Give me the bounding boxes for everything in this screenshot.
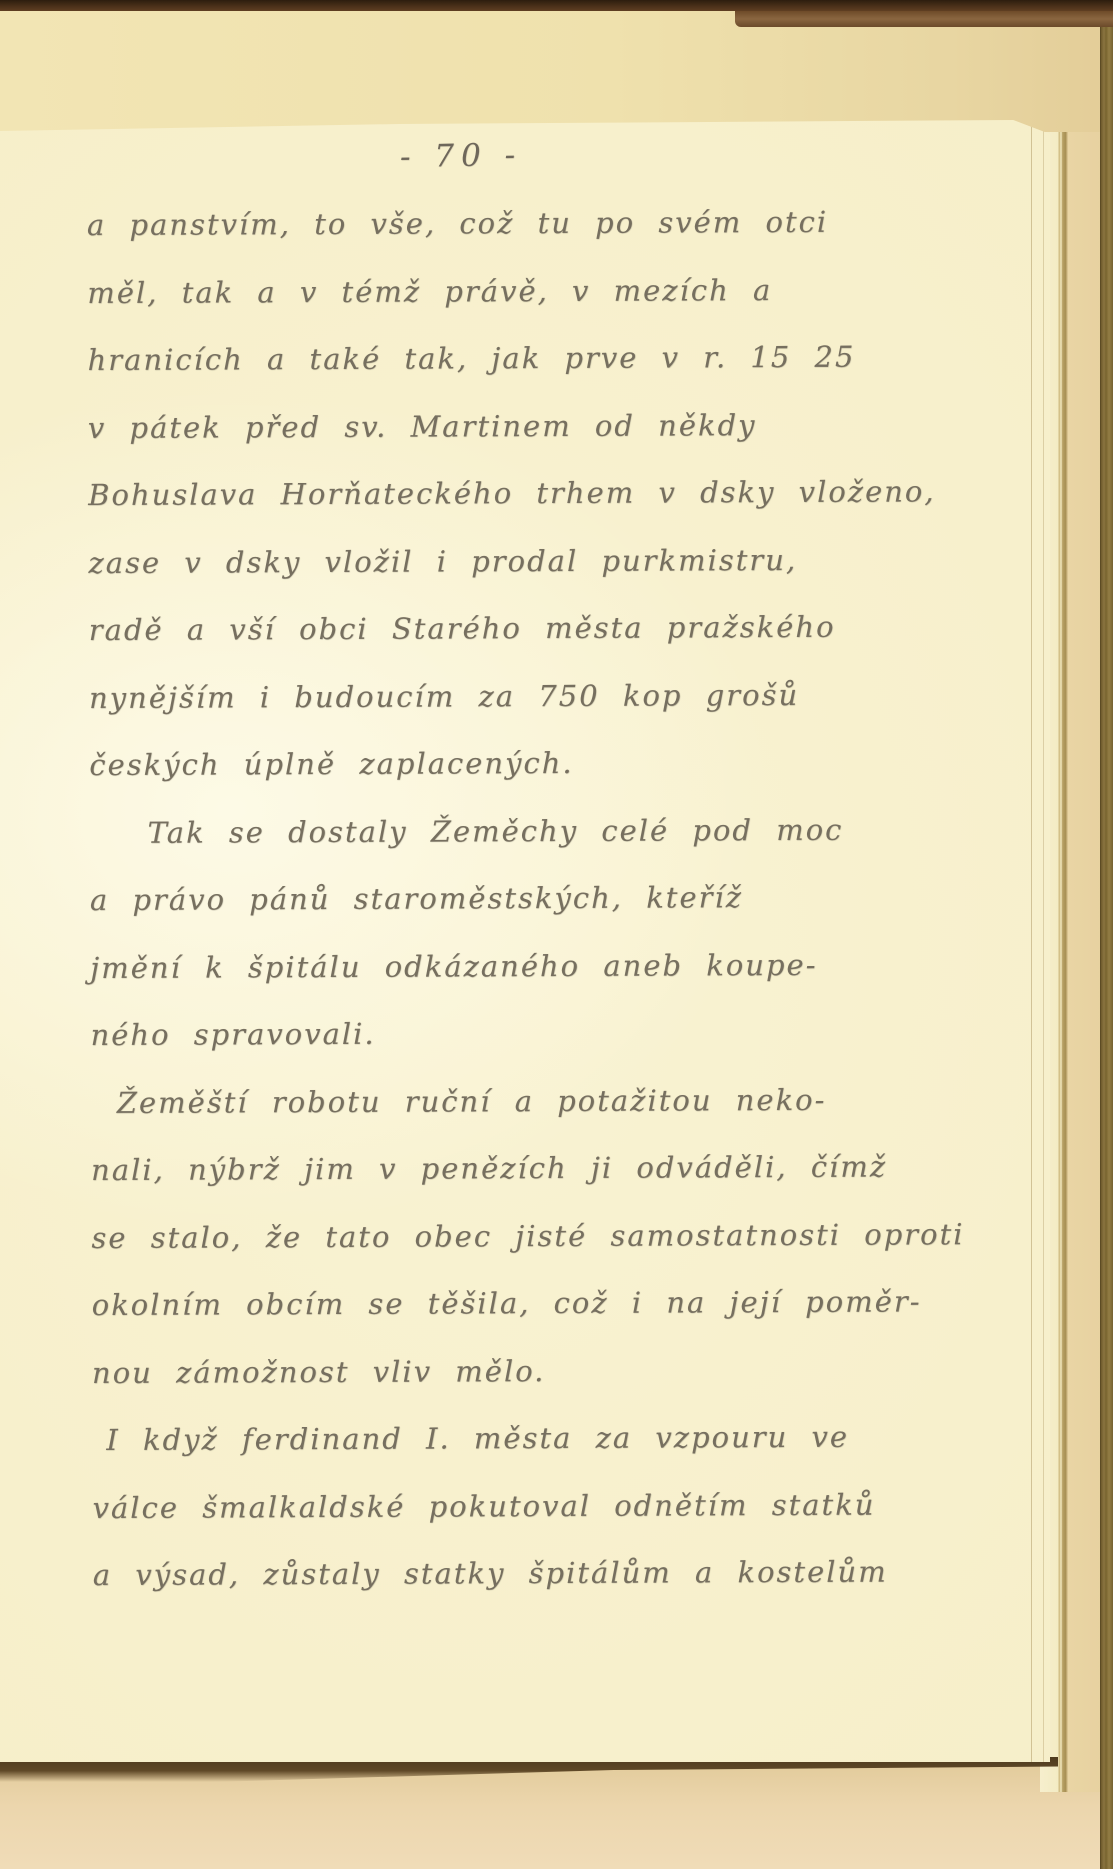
manuscript-line: jmění k špitálu odkázaného aneb koupe-: [90, 946, 1030, 1018]
manuscript-line: a panstvím, to vše, což tu po svém otci: [87, 204, 1027, 276]
sheet-edge-line: [1043, 126, 1044, 1762]
page-number: - 70 -: [400, 137, 523, 175]
manuscript-line: radě a vší obci Starého města pražského: [89, 609, 1029, 681]
manuscript-page: - 70 - a panstvím, to vše, což tu po své…: [0, 120, 1050, 1762]
book-fore-edge: [1100, 0, 1113, 1869]
manuscript-line: Bohuslava Horňateckého trhem v dsky vlož…: [88, 474, 1028, 546]
manuscript-line: nynějším i budoucím za 750 kop grošů: [89, 676, 1029, 748]
manuscript-line: v pátek před sv. Martinem od někdy: [88, 406, 1028, 478]
manuscript-line: nou zámožnost vliv mělo.: [92, 1351, 1032, 1423]
manuscript-line: nali, nýbrž jim v penězích ji odváděli, …: [91, 1149, 1031, 1221]
manuscript-text: a panstvím, to vše, což tu po svém otci …: [87, 204, 1033, 1626]
manuscript-line: a výsad, zůstaly statky špitálům a koste…: [93, 1554, 1033, 1626]
manuscript-line: českých úplně zaplacených.: [89, 744, 1029, 816]
manuscript-line: zase v dsky vložil i prodal purkmistru,: [88, 541, 1028, 613]
manuscript-line: I když ferdinand I. města za vzpouru ve: [92, 1419, 1032, 1491]
manuscript-line: Tak se dostaly Žeměchy celé pod moc: [90, 811, 1030, 883]
manuscript-line: ného spravovali.: [90, 1014, 1030, 1086]
manuscript-line: válce šmalkaldské pokutoval odnětím stat…: [93, 1486, 1033, 1558]
manuscript-line: se stalo, že tato obec jisté samostatnos…: [91, 1216, 1031, 1288]
manuscript-line: okolním obcím se těšila, což i na její p…: [92, 1284, 1032, 1356]
manuscript-line: Žeměští robotu ruční a potažitou neko-: [91, 1081, 1031, 1153]
manuscript-line: měl, tak a v témž právě, v mezích a: [87, 271, 1027, 343]
manuscript-line: hranicích a také tak, jak prve v r. 15 2…: [88, 339, 1028, 411]
manuscript-line: a právo pánů staroměstských, kteříž: [90, 879, 1030, 951]
book-binding-top: [0, 0, 1113, 11]
